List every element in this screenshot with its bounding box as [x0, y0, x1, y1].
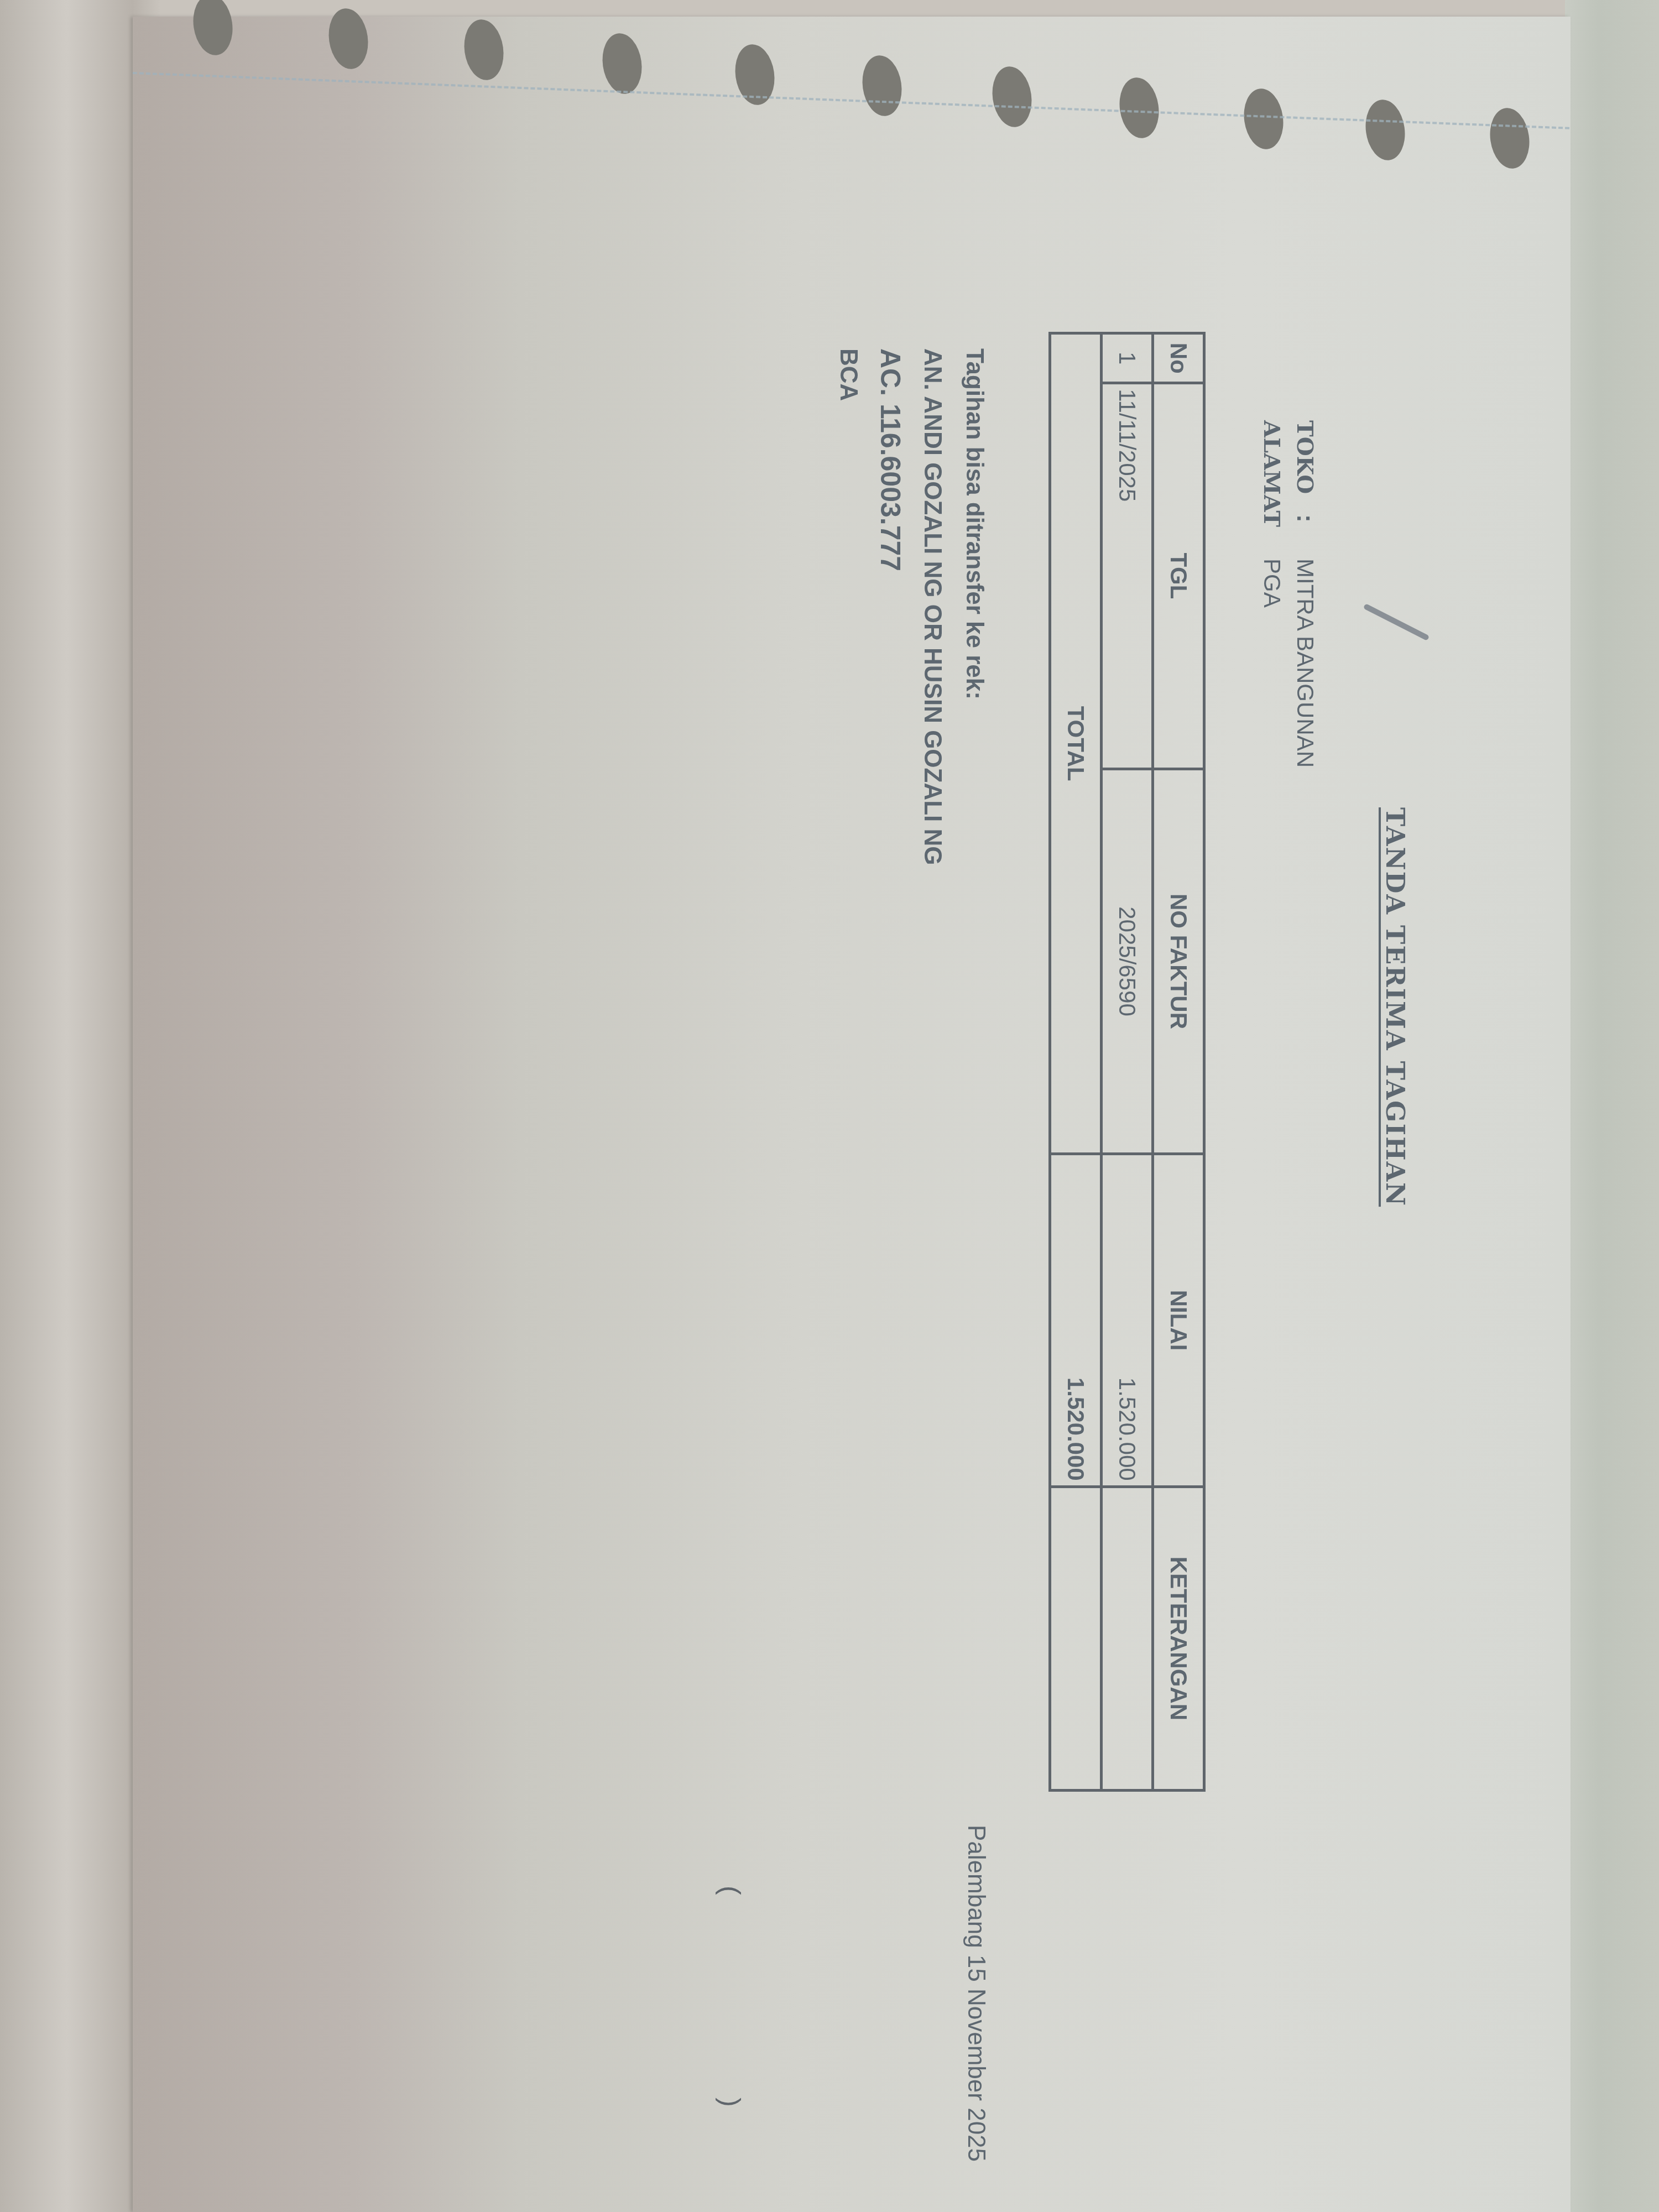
feed-hole-icon [325, 6, 372, 72]
store-info: TOKO : MITRA BANGUNAN ALAMAT : PGA [1255, 420, 1322, 768]
header-date: TGL [1153, 383, 1204, 769]
feed-hole-icon [461, 17, 508, 83]
feed-hole-icon [1116, 75, 1163, 141]
total-amount: 1.520.000 [1050, 1154, 1102, 1486]
row-invoice-number: 2025/6590 [1102, 769, 1153, 1154]
feed-hole-icon [859, 53, 906, 119]
bank-name: BCA [827, 348, 869, 865]
signature-open-paren: ( [713, 1886, 747, 1895]
desk-surface [1565, 0, 1659, 2212]
address-label: ALAMAT [1259, 420, 1285, 514]
account-name: AN. ANDI GOZALI NG OR HUSIN GOZALI NG [911, 348, 953, 865]
place-date: Palembang 15 November 2025 [962, 1825, 990, 2162]
header-amount: NILAI [1153, 1154, 1204, 1486]
table-header-row: No TGL NO FAKTUR NILAI KETERANGAN [1153, 333, 1204, 1791]
account-number: AC. 116.6003.777 [869, 348, 911, 865]
invoice-table: No TGL NO FAKTUR NILAI KETERANGAN 1 11/1… [1048, 332, 1206, 1792]
payment-intro: Tagihan bisa ditransfer ke rek: [953, 348, 995, 865]
store-row: TOKO : MITRA BANGUNAN [1288, 420, 1322, 768]
total-row: TOTAL 1.520.000 [1050, 333, 1102, 1791]
store-separator: : [1291, 514, 1319, 559]
header-no: No [1153, 333, 1204, 383]
row-notes [1102, 1486, 1153, 1790]
feed-hole-icon [989, 64, 1036, 130]
feed-hole-icon [1362, 97, 1409, 163]
header-notes: KETERANGAN [1153, 1486, 1204, 1790]
store-value: MITRA BANGUNAN [1292, 559, 1318, 768]
total-notes [1050, 1486, 1102, 1790]
feed-hole-icon [599, 31, 646, 97]
document-title: TANDA TERIMA TAGIHAN [1380, 807, 1410, 1207]
signature-close-paren: ) [713, 2098, 747, 2107]
address-separator: : [1258, 514, 1286, 559]
header-invoice-number: NO FAKTUR [1153, 769, 1204, 1154]
row-amount: 1.520.000 [1102, 1154, 1153, 1486]
row-date: 11/11/2025 [1102, 383, 1153, 769]
address-row: ALAMAT : PGA [1255, 420, 1288, 768]
table-row: 1 11/11/2025 2025/6590 1.520.000 [1102, 333, 1153, 1791]
total-label: TOTAL [1050, 333, 1102, 1154]
address-value: PGA [1259, 559, 1285, 608]
payment-instructions: Tagihan bisa ditransfer ke rek: AN. ANDI… [827, 348, 995, 865]
invoice-receipt: TANDA TERIMA TAGIHAN TOKO : MITRA BANGUN… [531, 310, 1416, 2190]
store-label: TOKO [1292, 420, 1318, 514]
feed-hole-icon [190, 0, 237, 58]
feed-hole-icon [1486, 106, 1533, 171]
signature-area: ( ) [713, 1886, 747, 2107]
row-no: 1 [1102, 333, 1153, 383]
